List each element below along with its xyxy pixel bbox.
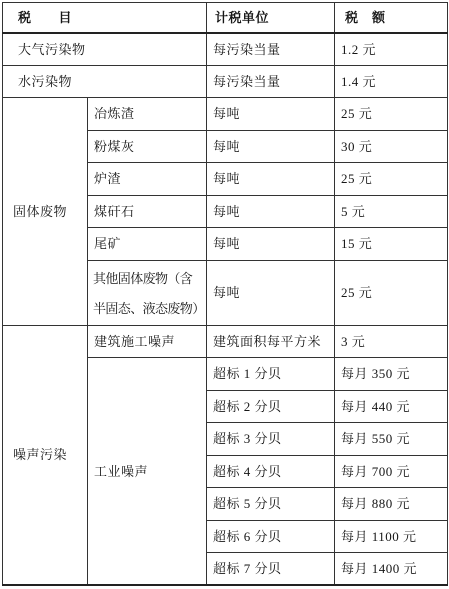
construction-amount-cell: 3 元: [335, 325, 448, 358]
air-amount-cell: 1.2 元: [335, 33, 448, 66]
noise-amount-cell: 每月 440 元: [335, 390, 448, 423]
noise-level-cell: 超标 3 分贝: [207, 423, 335, 456]
water-amount-cell: 1.4 元: [335, 65, 448, 98]
solid-item-cell: 冶炼渣: [88, 98, 207, 131]
table-row-solid-0: 固体废物 冶炼渣 每吨 25 元: [3, 98, 448, 131]
water-item-cell: 水污染物: [3, 65, 207, 98]
solid-amount-cell: 25 元: [335, 163, 448, 196]
noise-level-cell: 超标 6 分贝: [207, 520, 335, 553]
noise-amount-cell: 每月 1400 元: [335, 553, 448, 586]
noise-amount-cell: 每月 550 元: [335, 423, 448, 456]
document-page: 税 目 计税单位 税 额 大气污染物 每污染当量 1.2 元 水污染物 每污染当…: [0, 0, 449, 589]
header-row: 税 目 计税单位 税 额: [3, 3, 448, 33]
industrial-noise-cell: 工业噪声: [88, 358, 207, 586]
solid-unit-cell: 每吨: [207, 195, 335, 228]
noise-amount-cell: 每月 350 元: [335, 358, 448, 391]
construction-noise-cell: 建筑施工噪声: [88, 325, 207, 358]
table-row-water: 水污染物 每污染当量 1.4 元: [3, 65, 448, 98]
solid-amount-cell: 25 元: [335, 98, 448, 131]
noise-group-cell: 噪声污染: [3, 325, 88, 585]
solid-amount-cell: 5 元: [335, 195, 448, 228]
solid-unit-cell: 每吨: [207, 260, 335, 325]
solid-item-cell: 煤矸石: [88, 195, 207, 228]
solid-item-cell: 其他固体废物（含 半固态、液态废物）: [88, 260, 207, 325]
noise-level-cell: 超标 7 分贝: [207, 553, 335, 586]
air-item-cell: 大气污染物: [3, 33, 207, 66]
solid-waste-group-cell: 固体废物: [3, 98, 88, 326]
solid-item-cell: 粉煤灰: [88, 130, 207, 163]
solid-amount-cell: 15 元: [335, 228, 448, 261]
header-tax-amount: 税 额: [335, 3, 448, 33]
solid-unit-cell: 每吨: [207, 163, 335, 196]
solid-amount-cell: 30 元: [335, 130, 448, 163]
solid-unit-cell: 每吨: [207, 98, 335, 131]
noise-level-cell: 超标 2 分贝: [207, 390, 335, 423]
solid-item-cell: 尾矿: [88, 228, 207, 261]
noise-level-cell: 超标 5 分贝: [207, 488, 335, 521]
noise-amount-cell: 每月 700 元: [335, 455, 448, 488]
solid-unit-cell: 每吨: [207, 130, 335, 163]
noise-level-cell: 超标 4 分贝: [207, 455, 335, 488]
noise-amount-cell: 每月 1100 元: [335, 520, 448, 553]
noise-amount-cell: 每月 880 元: [335, 488, 448, 521]
solid-unit-cell: 每吨: [207, 228, 335, 261]
solid-amount-cell: 25 元: [335, 260, 448, 325]
table-row-noise-construction: 噪声污染 建筑施工噪声 建筑面积每平方米 3 元: [3, 325, 448, 358]
noise-level-cell: 超标 1 分贝: [207, 358, 335, 391]
tax-rate-table: 税 目 计税单位 税 额 大气污染物 每污染当量 1.2 元 水污染物 每污染当…: [2, 2, 448, 586]
header-tax-unit: 计税单位: [207, 3, 335, 33]
table-row-air: 大气污染物 每污染当量 1.2 元: [3, 33, 448, 66]
header-tax-item: 税 目: [3, 3, 207, 33]
air-unit-cell: 每污染当量: [207, 33, 335, 66]
construction-unit-cell: 建筑面积每平方米: [207, 325, 335, 358]
solid-item-cell: 炉渣: [88, 163, 207, 196]
water-unit-cell: 每污染当量: [207, 65, 335, 98]
